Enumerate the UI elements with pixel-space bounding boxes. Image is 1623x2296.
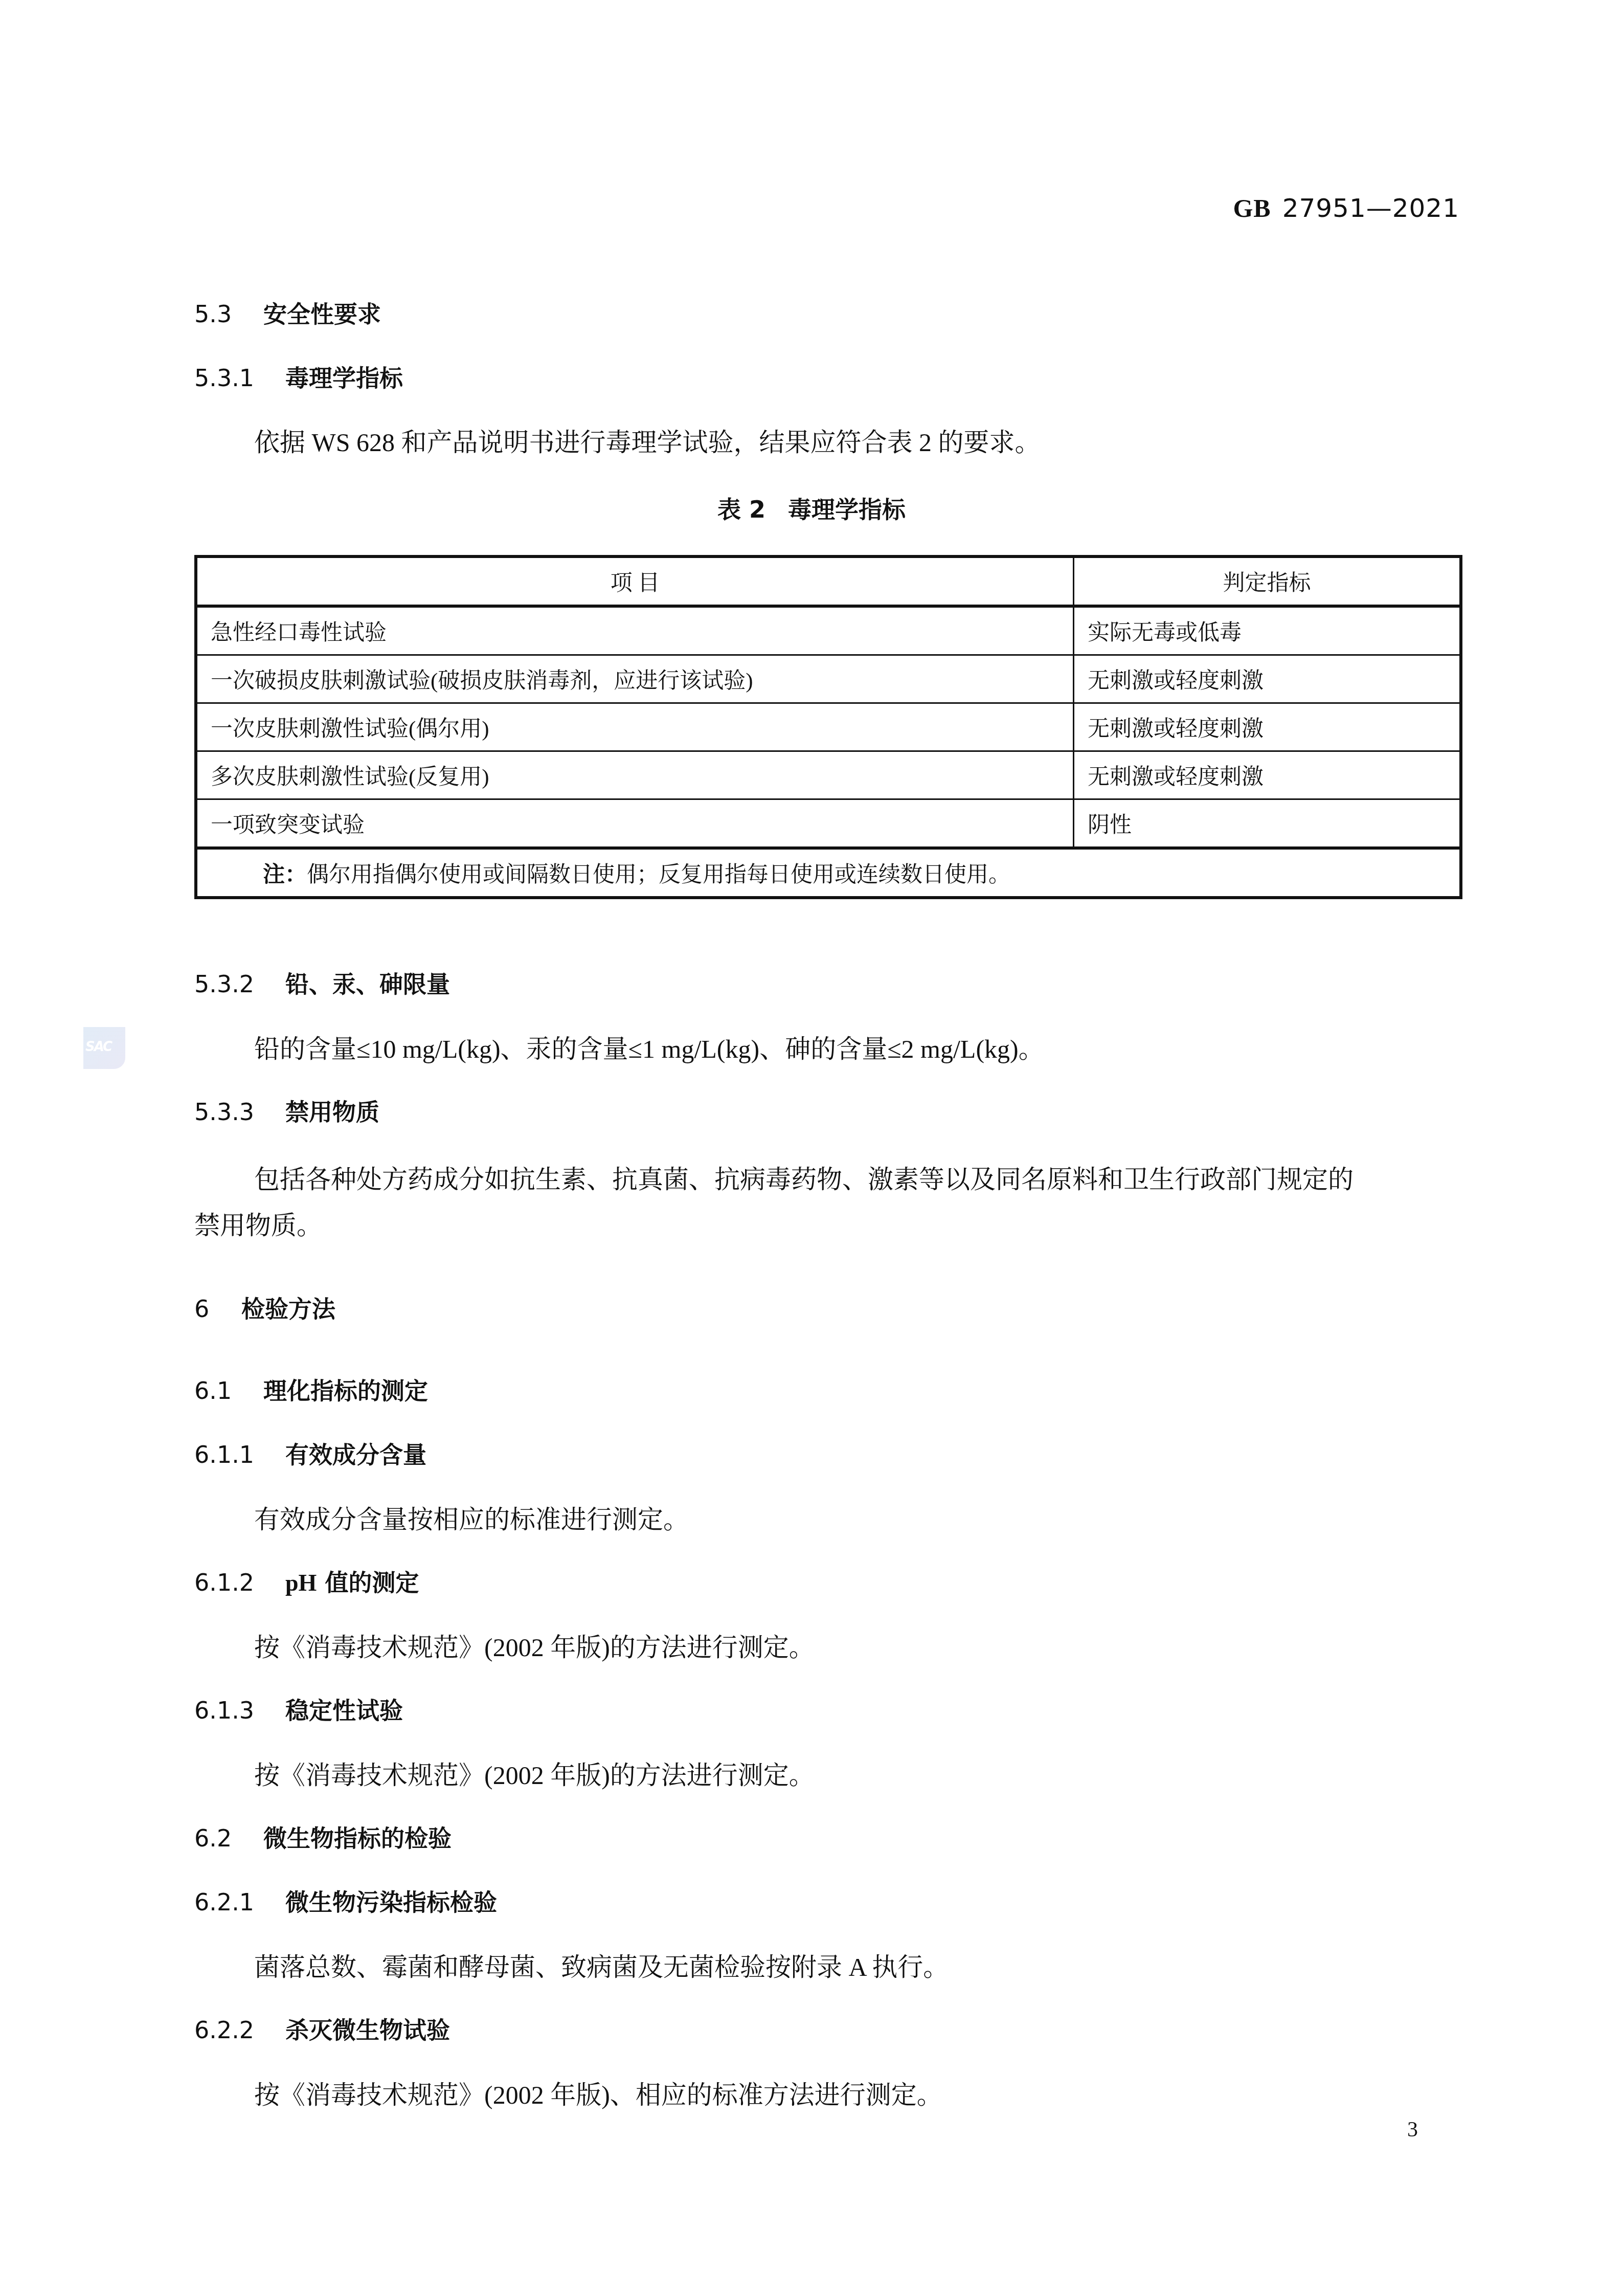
toxicology-table: 项 目 判定指标 急性经口毒性试验 实际无毒或低毒 一次破损皮肤刺激试验(破损皮… bbox=[194, 555, 1462, 899]
sac-watermark-logo: SAC bbox=[83, 1027, 125, 1069]
watermark-text: SAC bbox=[85, 1039, 111, 1055]
cell-criterion: 无刺激或轻度刺激 bbox=[1074, 703, 1461, 751]
section-6-2-heading: 6.2微生物指标的检验 bbox=[194, 1820, 452, 1854]
section-number: 6.1 bbox=[194, 1377, 263, 1405]
table-note: 注：偶尔用指偶尔使用或间隔数日使用；反复用指每日使用或连续数日使用。 bbox=[196, 848, 1461, 898]
section-6-2-1-paragraph: 菌落总数、霉菌和酵母菌、致病菌及无菌检验按附录 A 执行。 bbox=[254, 1947, 949, 1983]
section-5-3-3-heading: 5.3.3禁用物质 bbox=[194, 1094, 379, 1127]
section-number: 5.3 bbox=[194, 300, 263, 328]
section-5-3-3-paragraph-line2: 禁用物质。 bbox=[194, 1205, 322, 1242]
table-row: 一项致突变试验 阴性 bbox=[196, 799, 1461, 849]
cell-criterion: 无刺激或轻度刺激 bbox=[1074, 655, 1461, 703]
section-6-1-3-heading: 6.1.3稳定性试验 bbox=[194, 1692, 403, 1726]
section-number: 6.1.3 bbox=[194, 1697, 285, 1724]
section-title: 杀灭微生物试验 bbox=[285, 2016, 450, 2044]
header-item: 项 目 bbox=[196, 556, 1074, 606]
section-title: 毒理学指标 bbox=[285, 364, 403, 392]
section-6-1-2-heading: 6.1.2pH 值的测定 bbox=[194, 1564, 419, 1598]
cell-item: 一次破损皮肤刺激试验(破损皮肤消毒剂，应进行该试验) bbox=[196, 655, 1074, 703]
section-title: 值的测定 bbox=[317, 1569, 419, 1596]
table-note-row: 注：偶尔用指偶尔使用或间隔数日使用；反复用指每日使用或连续数日使用。 bbox=[196, 848, 1461, 898]
section-5-3-2-paragraph: 铅的含量≤10 mg/L(kg)、汞的含量≤1 mg/L(kg)、砷的含量≤2 … bbox=[254, 1029, 1044, 1065]
section-title: 稳定性试验 bbox=[285, 1697, 403, 1724]
section-number: 5.3.2 bbox=[194, 970, 285, 998]
section-6-1-2-paragraph: 按《消毒技术规范》(2002 年版)的方法进行测定。 bbox=[254, 1627, 815, 1664]
section-6-2-2-heading: 6.2.2杀灭微生物试验 bbox=[194, 2012, 450, 2045]
section-6-2-2-paragraph: 按《消毒技术规范》(2002 年版)、相应的标准方法进行测定。 bbox=[254, 2075, 942, 2111]
section-title: 禁用物质 bbox=[285, 1098, 379, 1126]
section-number: 5.3.3 bbox=[194, 1098, 285, 1126]
standard-number: 27951—2021 bbox=[1282, 193, 1459, 223]
cell-criterion: 阴性 bbox=[1074, 799, 1461, 849]
table-header-row: 项 目 判定指标 bbox=[196, 556, 1461, 606]
section-number: 6.1.2 bbox=[194, 1569, 285, 1596]
section-title: 铅、汞、砷限量 bbox=[285, 970, 450, 998]
section-6-1-1-paragraph: 有效成分含量按相应的标准进行测定。 bbox=[254, 1499, 689, 1536]
section-title: 微生物指标的检验 bbox=[263, 1824, 452, 1852]
section-number: 6.2.1 bbox=[194, 1888, 285, 1916]
section-number: 6.2 bbox=[194, 1824, 263, 1852]
header-criterion: 判定指标 bbox=[1074, 556, 1461, 606]
section-number: 5.3.1 bbox=[194, 364, 285, 392]
cell-criterion: 实际无毒或低毒 bbox=[1074, 606, 1461, 655]
section-5-3-heading: 5.3安全性要求 bbox=[194, 296, 381, 329]
table-row: 一次破损皮肤刺激试验(破损皮肤消毒剂，应进行该试验) 无刺激或轻度刺激 bbox=[196, 655, 1461, 703]
table-label: 表 2 bbox=[717, 496, 765, 523]
standard-code: GB27951—2021 bbox=[1233, 193, 1459, 223]
note-label: 注： bbox=[263, 862, 307, 887]
section-title-ph: pH bbox=[285, 1570, 317, 1596]
cell-item: 急性经口毒性试验 bbox=[196, 606, 1074, 655]
table-2-caption: 表 2毒理学指标 bbox=[0, 491, 1623, 525]
table-row: 多次皮肤刺激性试验(反复用) 无刺激或轻度刺激 bbox=[196, 751, 1461, 799]
table-row: 急性经口毒性试验 实际无毒或低毒 bbox=[196, 606, 1461, 655]
page-number: 3 bbox=[1407, 2117, 1418, 2142]
section-5-3-2-heading: 5.3.2铅、汞、砷限量 bbox=[194, 966, 450, 999]
section-title: 安全性要求 bbox=[263, 300, 381, 328]
section-6-2-1-heading: 6.2.1微生物污染指标检验 bbox=[194, 1884, 497, 1918]
cell-item: 一项致突变试验 bbox=[196, 799, 1074, 849]
section-5-3-1-heading: 5.3.1毒理学指标 bbox=[194, 360, 403, 393]
section-title: 有效成分含量 bbox=[285, 1441, 426, 1468]
cell-item: 一次皮肤刺激性试验(偶尔用) bbox=[196, 703, 1074, 751]
table-row: 一次皮肤刺激性试验(偶尔用) 无刺激或轻度刺激 bbox=[196, 703, 1461, 751]
section-title: 微生物污染指标检验 bbox=[285, 1888, 497, 1916]
note-text: 偶尔用指偶尔使用或间隔数日使用；反复用指每日使用或连续数日使用。 bbox=[307, 863, 1010, 887]
section-number: 6 bbox=[194, 1295, 241, 1323]
section-title: 理化指标的测定 bbox=[263, 1377, 428, 1405]
cell-criterion: 无刺激或轻度刺激 bbox=[1074, 751, 1461, 799]
section-title: 检验方法 bbox=[241, 1295, 335, 1323]
section-6-1-1-heading: 6.1.1有效成分含量 bbox=[194, 1436, 426, 1470]
section-5-3-1-paragraph: 依据 WS 628 和产品说明书进行毒理学试验，结果应符合表 2 的要求。 bbox=[254, 422, 1041, 459]
section-6-heading: 6检验方法 bbox=[194, 1290, 335, 1324]
section-6-1-3-paragraph: 按《消毒技术规范》(2002 年版)的方法进行测定。 bbox=[254, 1755, 815, 1792]
table-title: 毒理学指标 bbox=[788, 496, 906, 523]
section-6-1-heading: 6.1理化指标的测定 bbox=[194, 1372, 428, 1406]
section-number: 6.2.2 bbox=[194, 2016, 285, 2044]
section-number: 6.1.1 bbox=[194, 1441, 285, 1468]
standard-prefix: GB bbox=[1233, 194, 1271, 222]
cell-item: 多次皮肤刺激性试验(反复用) bbox=[196, 751, 1074, 799]
section-5-3-3-paragraph-line1: 包括各种处方药成分如抗生素、抗真菌、抗病毒药物、激素等以及同名原料和卫生行政部门… bbox=[254, 1159, 1354, 1196]
